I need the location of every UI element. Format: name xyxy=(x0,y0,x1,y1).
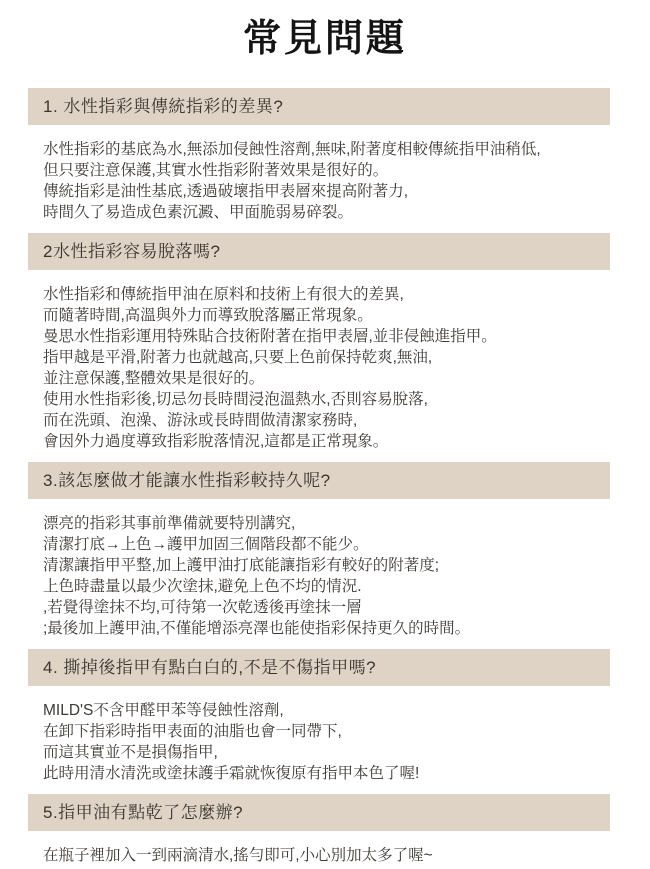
faq-answer-line: ;最後加上護甲油,不僅能增添亮澤也能使指彩保持更久的時間。 xyxy=(43,618,595,639)
faq-section-5: 5.指甲油有點乾了怎麼辦? 在瓶子裡加入一到兩滴清水,搖勻即可,小心別加太多了喔… xyxy=(28,794,610,869)
faq-answer-line: 並注意保護,整體效果是很好的。 xyxy=(43,368,595,389)
faq-answer-line: 使用水性指彩後,切忌勿長時間浸泡溫熱水,否則容易脫落, xyxy=(43,389,595,410)
faq-question-bar: 5.指甲油有點乾了怎麼辦? xyxy=(28,794,610,831)
faq-answer: 水性指彩的基底為水,無添加侵蝕性溶劑,無味,附著度相較傳統指甲油稍低,但只要注意… xyxy=(28,125,610,233)
faq-answer-line: 時間久了易造成色素沉澱、甲面脆弱易碎裂。 xyxy=(43,202,595,223)
faq-section-3: 3.該怎麼做才能讓水性指彩較持久呢? 漂亮的指彩其事前準備就要特別講究,清潔打底… xyxy=(28,462,610,649)
faq-answer-line: 上色時盡量以最少次塗抹,避免上色不均的情況. xyxy=(43,576,595,597)
faq-list: 1. 水性指彩與傳統指彩的差異? 水性指彩的基底為水,無添加侵蝕性溶劑,無味,附… xyxy=(28,88,610,869)
faq-answer-line: 水性指彩和傳統指甲油在原料和技術上有很大的差異, xyxy=(43,284,595,305)
faq-answer-line: 會因外力過度導致指彩脫落情況,這都是正常現象。 xyxy=(43,431,595,452)
faq-answer: 在瓶子裡加入一到兩滴清水,搖勻即可,小心別加太多了喔~ xyxy=(28,831,610,869)
faq-answer-line: 漂亮的指彩其事前準備就要特別講究, xyxy=(43,513,595,534)
faq-question-bar: 1. 水性指彩與傳統指彩的差異? xyxy=(28,88,610,125)
page-title: 常見問題 xyxy=(0,0,650,62)
faq-page: 常見問題 1. 水性指彩與傳統指彩的差異? 水性指彩的基底為水,無添加侵蝕性溶劑… xyxy=(0,0,650,869)
faq-answer-line: 而隨著時間,高溫與外力而導致脫落屬正常現象。 xyxy=(43,305,595,326)
faq-answer-line: 在瓶子裡加入一到兩滴清水,搖勻即可,小心別加太多了喔~ xyxy=(43,845,595,866)
faq-section-2: 2水性指彩容易脫落嗎? 水性指彩和傳統指甲油在原料和技術上有很大的差異,而隨著時… xyxy=(28,233,610,462)
faq-question-bar: 4. 撕掉後指甲有點白白的,不是不傷指甲嗎? xyxy=(28,649,610,686)
faq-answer-line: 曼思水性指彩運用特殊貼合技術附著在指甲表層,並非侵蝕進指甲。 xyxy=(43,326,595,347)
faq-answer-line: 清潔打底→上色→護甲加固三個階段都不能少。 xyxy=(43,534,595,555)
faq-question-bar: 3.該怎麼做才能讓水性指彩較持久呢? xyxy=(28,462,610,499)
faq-answer-line: 清潔讓指甲平整,加上護甲油打底能讓指彩有較好的附著度; xyxy=(43,555,595,576)
faq-section-1: 1. 水性指彩與傳統指彩的差異? 水性指彩的基底為水,無添加侵蝕性溶劑,無味,附… xyxy=(28,88,610,233)
faq-answer-line: 指甲越是平滑,附著力也就越高,只要上色前保持乾爽,無油, xyxy=(43,347,595,368)
faq-answer-line: 水性指彩的基底為水,無添加侵蝕性溶劑,無味,附著度相較傳統指甲油稍低, xyxy=(43,139,595,160)
faq-answer-line: 傳統指彩是油性基底,透過破壞指甲表層來提高附著力, xyxy=(43,181,595,202)
faq-answer: 水性指彩和傳統指甲油在原料和技術上有很大的差異,而隨著時間,高溫與外力而導致脫落… xyxy=(28,270,610,462)
faq-answer-line: MILD'S不含甲醛甲苯等侵蝕性溶劑, xyxy=(43,700,595,721)
faq-answer: 漂亮的指彩其事前準備就要特別講究,清潔打底→上色→護甲加固三個階段都不能少。清潔… xyxy=(28,499,610,649)
faq-answer-line: 在卸下指彩時指甲表面的油脂也會一同帶下, xyxy=(43,721,595,742)
faq-answer-line: 而在洗頭、泡澡、游泳或長時間做清潔家務時, xyxy=(43,410,595,431)
faq-answer-line: 但只要注意保護,其實水性指彩附著效果是很好的。 xyxy=(43,160,595,181)
faq-answer-line: ,若覺得塗抹不均,可待第一次乾透後再塗抹一層 xyxy=(43,597,595,618)
faq-question-bar: 2水性指彩容易脫落嗎? xyxy=(28,233,610,270)
faq-section-4: 4. 撕掉後指甲有點白白的,不是不傷指甲嗎? MILD'S不含甲醛甲苯等侵蝕性溶… xyxy=(28,649,610,794)
faq-answer-line: 此時用清水清洗或塗抹護手霜就恢復原有指甲本色了喔! xyxy=(43,763,595,784)
faq-answer-line: 而這其實並不是損傷指甲, xyxy=(43,742,595,763)
faq-answer: MILD'S不含甲醛甲苯等侵蝕性溶劑,在卸下指彩時指甲表面的油脂也會一同帶下,而… xyxy=(28,686,610,794)
